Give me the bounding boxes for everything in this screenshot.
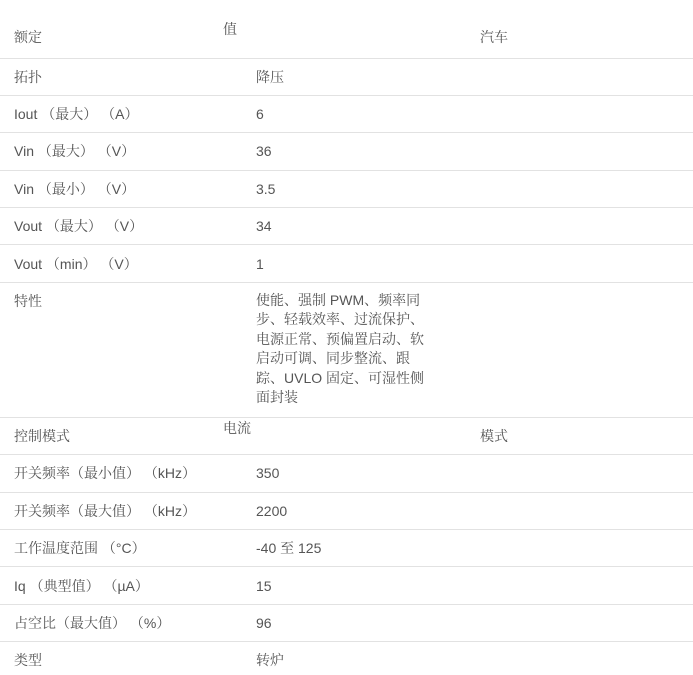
- table-row-operating-temp: 工作温度范围 （°C）-40 至 125: [0, 530, 693, 567]
- cell-extra: [466, 95, 693, 132]
- cell-label: 拓扑: [0, 58, 242, 95]
- table-row-vin-min: Vin （最小） （V）3.5: [0, 170, 693, 207]
- cell-value: 1: [242, 245, 466, 282]
- cell-label: 占空比（最大值） （%）: [0, 604, 242, 641]
- cell-value-text: 降压: [256, 69, 284, 85]
- table-row-duty-cycle-max: 占空比（最大值） （%）96: [0, 604, 693, 641]
- cell-label: Vout （min） （V）: [0, 245, 242, 282]
- cell-label-text: 额定: [14, 29, 42, 45]
- cell-label: Vout （最大） （V）: [0, 208, 242, 245]
- cell-label: Iq （典型值） （µA）: [0, 567, 242, 604]
- cell-label-text: Vin （最大） （V）: [14, 143, 135, 159]
- cell-value-text: 值: [223, 19, 237, 39]
- page: 额定值汽车拓扑降压Iout （最大） （A）6Vin （最大） （V）36Vin…: [0, 0, 693, 675]
- spec-table-body: 额定值汽车拓扑降压Iout （最大） （A）6Vin （最大） （V）36Vin…: [0, 0, 693, 675]
- cell-extra: [466, 530, 693, 567]
- cell-label: Vin （最小） （V）: [0, 170, 242, 207]
- cell-value: 34: [242, 208, 466, 245]
- cell-extra: [466, 170, 693, 207]
- cell-value-text: 350: [256, 465, 279, 481]
- cell-label-text: Vin （最小） （V）: [14, 181, 135, 197]
- cell-value-text: 2200: [256, 503, 287, 519]
- cell-value: 3.5: [242, 170, 466, 207]
- cell-value: 6: [242, 95, 466, 132]
- cell-value-text: 3.5: [256, 181, 275, 197]
- cell-value-text: 1: [256, 256, 264, 272]
- table-row-iq-typical: Iq （典型值） （µA）15: [0, 567, 693, 604]
- cell-value-text: 转炉: [256, 652, 284, 668]
- cell-value: 350: [242, 455, 466, 492]
- table-row-iout-max: Iout （最大） （A）6: [0, 95, 693, 132]
- table-row-control-mode: 控制模式电流模式: [0, 417, 693, 454]
- cell-value: 使能、强制 PWM、频率同 步、轻载效率、过流保护、 电源正常、预偏置启动、软 …: [242, 282, 466, 417]
- cell-label: 开关频率（最大值） （kHz）: [0, 492, 242, 529]
- cell-extra: [466, 567, 693, 604]
- cell-label: Iout （最大） （A）: [0, 95, 242, 132]
- table-row-switching-freq-max: 开关频率（最大值） （kHz）2200: [0, 492, 693, 529]
- cell-value-text: 使能、强制 PWM、频率同 步、轻载效率、过流保护、 电源正常、预偏置启动、软 …: [256, 291, 424, 408]
- cell-label: 工作温度范围 （°C）: [0, 530, 242, 567]
- cell-value: 36: [242, 133, 466, 170]
- cell-value: 值: [242, 0, 466, 58]
- cell-extra: 模式: [466, 417, 693, 454]
- cell-value: 降压: [242, 58, 466, 95]
- cell-extra: 汽车: [466, 0, 693, 58]
- cell-value: 电流: [242, 417, 466, 454]
- cell-label: 类型: [0, 642, 242, 675]
- table-row-features: 特性使能、强制 PWM、频率同 步、轻载效率、过流保护、 电源正常、预偏置启动、…: [0, 282, 693, 417]
- cell-label-text: 特性: [14, 293, 42, 309]
- cell-value-text: 36: [256, 143, 272, 159]
- cell-value-text: 96: [256, 615, 272, 631]
- cell-extra: [466, 642, 693, 675]
- cell-value: 96: [242, 604, 466, 641]
- cell-label-text: 类型: [14, 652, 42, 668]
- cell-label-text: 开关频率（最大值） （kHz）: [14, 503, 196, 519]
- cell-label: 特性: [0, 282, 242, 417]
- table-row-type: 类型转炉: [0, 642, 693, 675]
- cell-label: 开关频率（最小值） （kHz）: [0, 455, 242, 492]
- cell-extra: [466, 133, 693, 170]
- cell-label-text: Vout （min） （V）: [14, 256, 138, 272]
- cell-label-text: 开关频率（最小值） （kHz）: [14, 465, 196, 481]
- cell-value-text: 15: [256, 578, 272, 594]
- cell-value: 2200: [242, 492, 466, 529]
- table-row-vout-min: Vout （min） （V）1: [0, 245, 693, 282]
- cell-label: 额定: [0, 0, 242, 58]
- cell-extra: [466, 208, 693, 245]
- cell-value-text: 电流: [223, 418, 251, 438]
- cell-label-text: 工作温度范围 （°C）: [14, 540, 146, 556]
- cell-extra: [466, 58, 693, 95]
- cell-value: -40 至 125: [242, 530, 466, 567]
- table-row-vout-max: Vout （最大） （V）34: [0, 208, 693, 245]
- cell-value: 15: [242, 567, 466, 604]
- cell-label-text: 控制模式: [14, 428, 70, 444]
- cell-label-text: Iq （典型值） （µA）: [14, 578, 149, 594]
- cell-label-text: 拓扑: [14, 69, 42, 85]
- cell-label: Vin （最大） （V）: [0, 133, 242, 170]
- cell-extra: [466, 604, 693, 641]
- table-row-vin-max: Vin （最大） （V）36: [0, 133, 693, 170]
- cell-extra: [466, 282, 693, 417]
- cell-extra: [466, 455, 693, 492]
- cell-value-text: 34: [256, 218, 272, 234]
- cell-extra-text: 汽车: [480, 29, 508, 45]
- table-row-switching-freq-min: 开关频率（最小值） （kHz）350: [0, 455, 693, 492]
- cell-extra: [466, 492, 693, 529]
- table-row-topology: 拓扑降压: [0, 58, 693, 95]
- table-row-header: 额定值汽车: [0, 0, 693, 58]
- cell-label-text: Iout （最大） （A）: [14, 106, 138, 122]
- cell-label-text: Vout （最大） （V）: [14, 218, 143, 234]
- cell-extra: [466, 245, 693, 282]
- cell-value-text: -40 至 125: [256, 540, 321, 556]
- cell-value-text: 6: [256, 106, 264, 122]
- specifications-table: 额定值汽车拓扑降压Iout （最大） （A）6Vin （最大） （V）36Vin…: [0, 0, 693, 675]
- cell-label: 控制模式: [0, 417, 242, 454]
- cell-extra-text: 模式: [480, 428, 508, 444]
- cell-value: 转炉: [242, 642, 466, 675]
- cell-label-text: 占空比（最大值） （%）: [14, 615, 170, 631]
